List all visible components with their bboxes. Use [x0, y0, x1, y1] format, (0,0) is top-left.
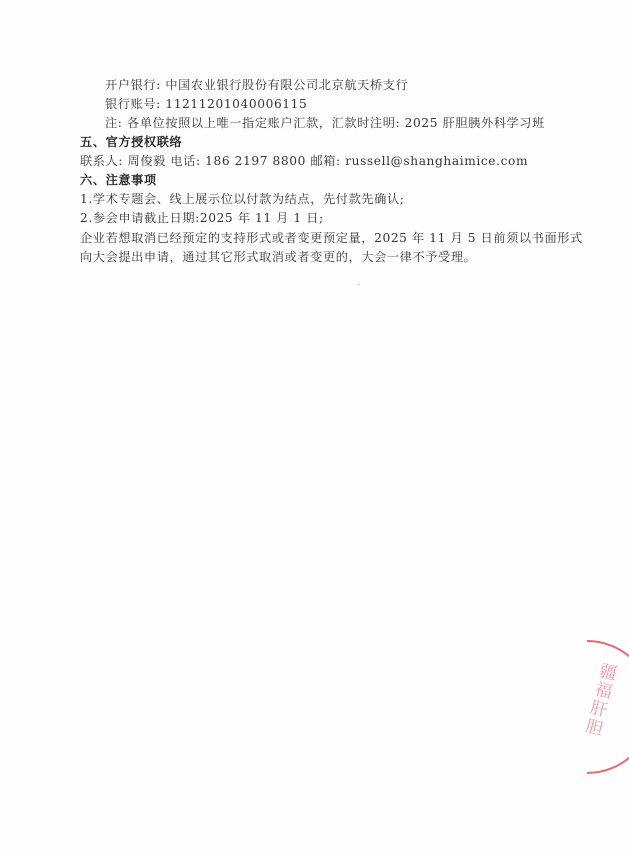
bank-name-value: 中国农业银行股份有限公司北京航天桥支行	[165, 78, 408, 92]
bank-account-value: 11211201040006115	[165, 97, 307, 111]
remittance-note: 注: 各单位按照以上唯一指定账户汇款，汇款时注明: 2025 肝胆胰外科学习班	[105, 114, 545, 133]
notice-item-4: 向大会提出申请，通过其它形式取消或者变更的，大会一律不予受理。	[80, 248, 476, 267]
bank-name-label: 开户银行:	[105, 78, 161, 92]
bank-name-line: 开户银行: 中国农业银行股份有限公司北京航天桥支行	[105, 76, 408, 95]
scan-speck	[357, 284, 360, 285]
section-6-heading: 六、注意事项	[80, 171, 157, 190]
notice-item-1: 1.学术专题会、线上展示位以付款为结点，先付款先确认;	[80, 190, 404, 209]
notice-item-2: 2.参会申请截止日期:2025 年 11 月 1 日;	[80, 209, 324, 228]
contact-info: 联系人: 周俊毅 电话: 186 2197 8800 邮箱: russell@s…	[80, 152, 528, 171]
bank-account-label: 银行账号:	[105, 97, 161, 111]
section-5-heading: 五、官方授权联络	[80, 133, 182, 152]
notice-item-3: 企业若想取消已经预定的支持形式或者变更预定量，2025 年 11 月 5 日前须…	[80, 229, 583, 248]
document-page: 开户银行: 中国农业银行股份有限公司北京航天桥支行 银行账号: 11211201…	[0, 0, 629, 854]
bank-account-line: 银行账号: 11211201040006115	[105, 95, 307, 114]
